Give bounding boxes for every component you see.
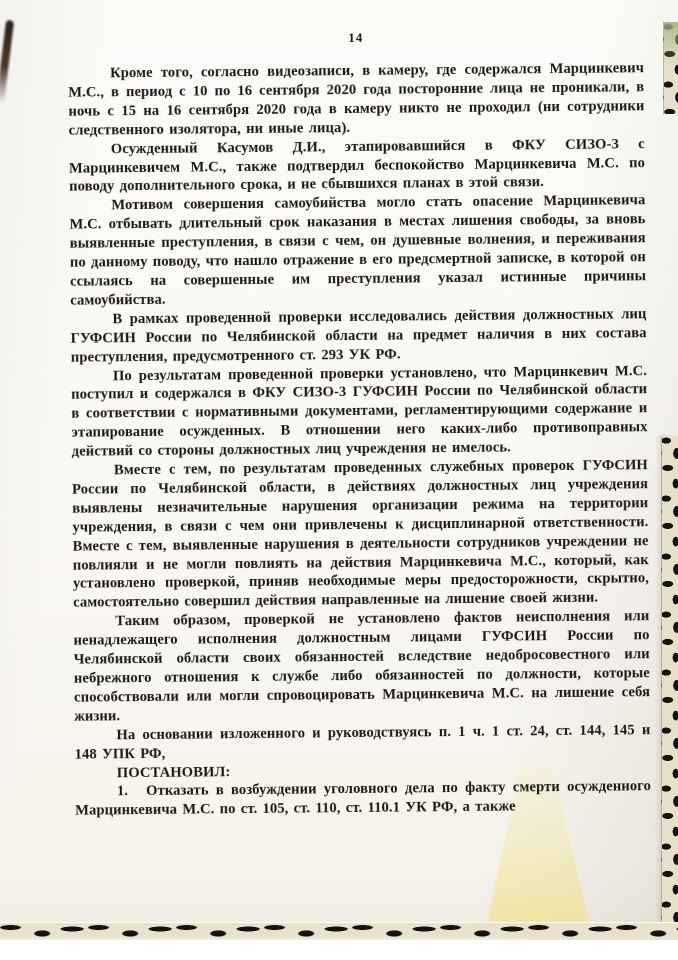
- decision-item-number: 1.: [117, 783, 146, 799]
- paragraph-check-scope: В рамках проведенной проверки исследовал…: [70, 305, 647, 367]
- fabric-background-strip-bottom: [0, 922, 678, 938]
- paragraph-motive: Мотивом совершения самоубийства могло ст…: [69, 192, 646, 311]
- decision-item-1: 1.Отказать в возбуждении уголовного дела…: [75, 778, 651, 821]
- page-number: 14: [68, 27, 644, 49]
- fabric-background-strip-right: [661, 436, 678, 932]
- paragraph-video-record: Кроме того, согласно видеозаписи, в каме…: [68, 59, 645, 140]
- paragraph-conclusion: Таким образом, проверкой не установлено …: [73, 607, 650, 726]
- document-sheet: 14 Кроме того, согласно видеозаписи, в к…: [68, 27, 652, 821]
- document-body: Кроме того, согласно видеозаписи, в каме…: [68, 59, 651, 821]
- paragraph-kasumov: Осужденный Касумов Д.И., этапировавшийся…: [69, 135, 646, 197]
- top-left-dark-mark: [0, 20, 14, 104]
- paragraph-internal-audit: Вместе с тем, по результатам проведенных…: [72, 456, 649, 613]
- paragraph-check-results: По результатам проведенной проверки уста…: [71, 362, 648, 462]
- paragraph-legal-basis: На основании изложенного и руководствуяс…: [74, 721, 650, 764]
- fabric-background-strip-top-right: [663, 22, 678, 114]
- scanned-page-photo: 14 Кроме того, согласно видеозаписи, в к…: [0, 0, 678, 940]
- decision-item-text: Отказать в возбуждении уголовного дела п…: [75, 779, 651, 819]
